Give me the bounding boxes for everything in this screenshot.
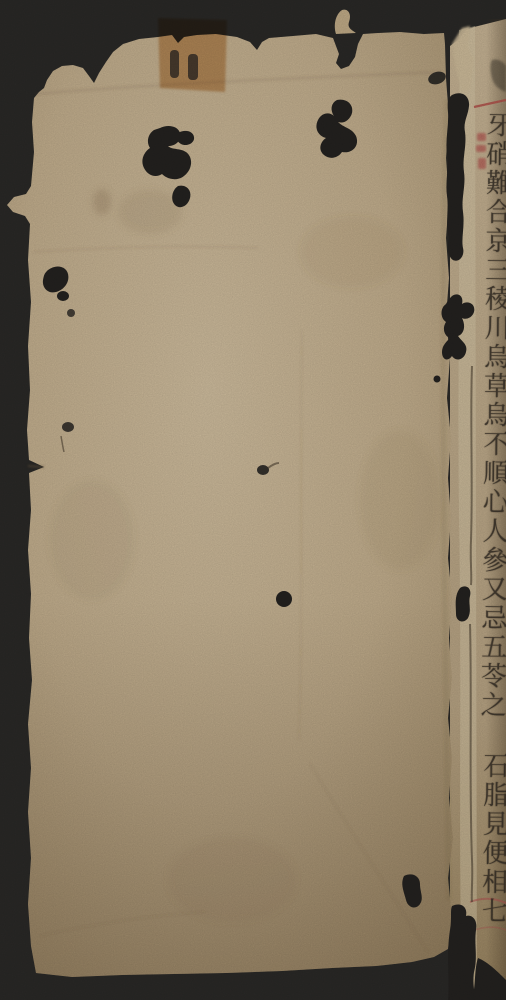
tape-dark-mark bbox=[170, 50, 179, 78]
stain bbox=[360, 430, 440, 570]
manuscript-artwork bbox=[0, 0, 506, 1000]
gutter-dot bbox=[434, 376, 441, 383]
round-hole bbox=[276, 591, 292, 607]
edge-cut bbox=[28, 466, 44, 467]
stain bbox=[93, 189, 111, 215]
tape-dark-mark bbox=[188, 54, 198, 80]
photo-stage: 牙硝難合京三稜川烏草烏不順心人參又忌五苓之 石脂見便相七 bbox=[0, 0, 506, 1000]
stain bbox=[50, 480, 134, 600]
stain bbox=[168, 838, 296, 922]
calligraphy-column-top: 牙硝難合京三稜川烏草烏不順心人參又忌五苓之 bbox=[468, 111, 506, 751]
hole-left-tiny bbox=[67, 309, 75, 317]
hole-spot-left-mid bbox=[62, 422, 74, 432]
ink-dot-center bbox=[257, 465, 269, 475]
stain bbox=[300, 216, 404, 288]
left-leaf bbox=[7, 10, 453, 977]
calligraphy-column-bottom: 石脂見便相七 bbox=[469, 752, 506, 952]
hole-left-small bbox=[57, 291, 69, 301]
